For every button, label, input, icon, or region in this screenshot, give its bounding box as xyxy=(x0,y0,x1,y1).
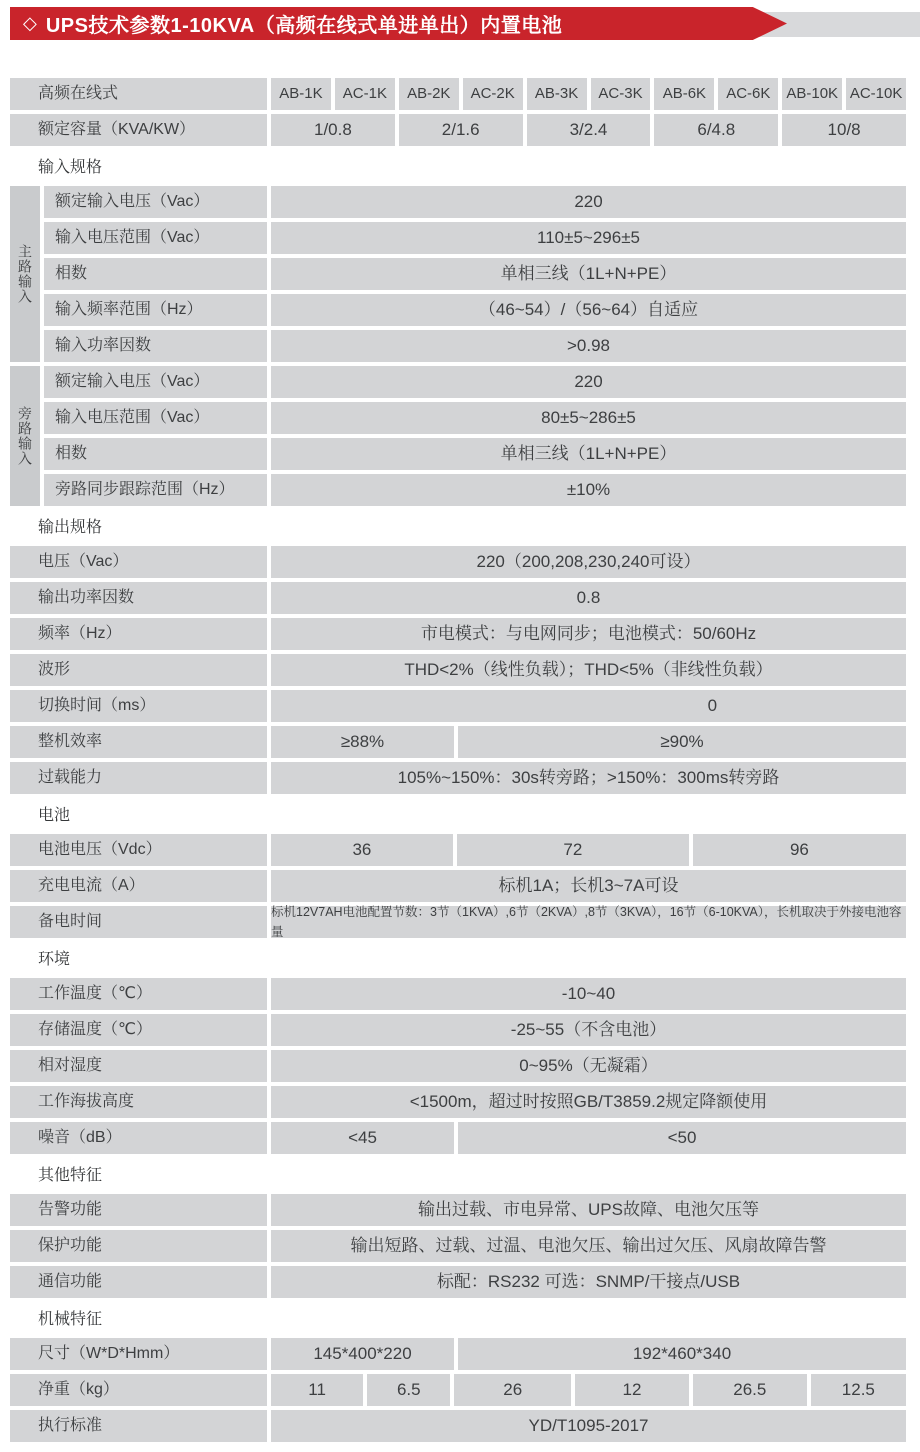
row-value: -25~55（不含电池） xyxy=(271,1014,906,1046)
row-label: 波形 xyxy=(10,654,267,686)
row-value: 220（200,208,230,240可设） xyxy=(271,546,906,578)
row-value: 输出过载、市电异常、UPS故障、电池欠压等 xyxy=(271,1194,906,1226)
row-value: <50 xyxy=(458,1122,906,1154)
row-label: 工作海拔高度 xyxy=(10,1086,267,1118)
spec-row: 工作温度（℃） -10~40 xyxy=(10,978,906,1010)
row-value: 36 xyxy=(271,834,453,866)
spec-row: 告警功能 输出过载、市电异常、UPS故障、电池欠压等 xyxy=(10,1194,906,1226)
spec-row: 切换时间（ms） 0 xyxy=(10,690,906,722)
model-name: AC-10K xyxy=(846,78,906,110)
row-value: 0~95%（无凝霜） xyxy=(271,1050,906,1082)
row-value: 145*400*220 xyxy=(271,1338,454,1370)
model-name: AC-1K xyxy=(335,78,395,110)
row-value: 12 xyxy=(575,1374,689,1406)
spec-row: 充电电流（A） 标机1A；长机3~7A可设 xyxy=(10,870,906,902)
capacity-value: 10/8 xyxy=(782,114,906,146)
mechanical-table: 尺寸（W*D*Hmm） 145*400*220 192*460*340 净重（k… xyxy=(10,1338,906,1442)
section-title-mechanical: 机械特征 xyxy=(38,1311,920,1329)
bypass-input-band: 旁路输入 xyxy=(10,366,40,506)
row-value: 市电模式：与电网同步；电池模式：50/60Hz xyxy=(271,618,906,650)
output-spec-table: 电压（Vac） 220（200,208,230,240可设） 输出功率因数 0.… xyxy=(10,546,906,794)
section-title-input: 输入规格 xyxy=(38,159,920,177)
row-value: >0.98 xyxy=(271,330,906,362)
row-label: 额定输入电压（Vac） xyxy=(44,186,267,218)
spec-row: 存储温度（℃） -25~55（不含电池） xyxy=(10,1014,906,1046)
section-title-output: 输出规格 xyxy=(38,519,920,537)
section-title-other-features: 其他特征 xyxy=(38,1167,920,1185)
spec-row: 相数 单相三线（1L+N+PE） xyxy=(44,258,906,290)
row-value: 80±5~286±5 xyxy=(271,402,906,434)
spec-row: 额定输入电压（Vac） 220 xyxy=(44,186,906,218)
row-label: 执行标准 xyxy=(10,1410,267,1442)
row-value: 110±5~296±5 xyxy=(271,222,906,254)
row-value: ±10% xyxy=(271,474,906,506)
row-label: 相数 xyxy=(44,258,267,290)
row-label: 输入电压范围（Vac） xyxy=(44,222,267,254)
row-label: 输出功率因数 xyxy=(10,582,267,614)
capacity-value: 6/4.8 xyxy=(654,114,778,146)
row-value: 105%~150%：30s转旁路；>150%：300ms转旁路 xyxy=(271,762,906,794)
input-spec-table: 主路输入 额定输入电压（Vac） 220 输入电压范围（Vac） 110±5~2… xyxy=(10,186,906,506)
row-value: 26.5 xyxy=(693,1374,807,1406)
section-title-battery: 电池 xyxy=(38,807,920,825)
spec-row: 备电时间 标机12V7AH电池配置节数：3节（1KVA）,6节（2KVA）,8节… xyxy=(10,906,906,938)
model-name: AC-3K xyxy=(591,78,651,110)
row-label: 切换时间（ms） xyxy=(10,690,267,722)
main-input-group: 主路输入 额定输入电压（Vac） 220 输入电压范围（Vac） 110±5~2… xyxy=(10,186,906,362)
other-features-table: 告警功能 输出过载、市电异常、UPS故障、电池欠压等 保护功能 输出短路、过载、… xyxy=(10,1194,906,1298)
row-label: 过载能力 xyxy=(10,762,267,794)
spec-row: 输入功率因数 >0.98 xyxy=(44,330,906,362)
spec-row: 旁路同步跟踪范围（Hz） ±10% xyxy=(44,474,906,506)
row-label: 输入功率因数 xyxy=(44,330,267,362)
diamond-icon: ◇ xyxy=(23,13,37,34)
row-value: 26 xyxy=(454,1374,571,1406)
spec-row: 净重（kg） 11 6.5 26 12 26.5 12.5 xyxy=(10,1374,906,1406)
model-name: AB-3K xyxy=(527,78,587,110)
row-value: ≥88% xyxy=(271,726,454,758)
section-title-environment: 环境 xyxy=(38,951,920,969)
row-value: 96 xyxy=(693,834,906,866)
spec-row: 额定输入电压（Vac） 220 xyxy=(44,366,906,398)
row-label: 整机效率 xyxy=(10,726,267,758)
spec-row: 尺寸（W*D*Hmm） 145*400*220 192*460*340 xyxy=(10,1338,906,1370)
spec-row: 电压（Vac） 220（200,208,230,240可设） xyxy=(10,546,906,578)
spec-row: 过载能力 105%~150%：30s转旁路；>150%：300ms转旁路 xyxy=(10,762,906,794)
row-value: 单相三线（1L+N+PE） xyxy=(271,258,906,290)
spec-row: 相对湿度 0~95%（无凝霜） xyxy=(10,1050,906,1082)
row-value: 标机12V7AH电池配置节数：3节（1KVA）,6节（2KVA）,8节（3KVA… xyxy=(271,906,906,938)
spec-row: 相数 单相三线（1L+N+PE） xyxy=(44,438,906,470)
row-value: 0 xyxy=(271,690,906,722)
row-label: 频率（Hz） xyxy=(10,618,267,650)
row-value: 单相三线（1L+N+PE） xyxy=(271,438,906,470)
row-label: 噪音（dB） xyxy=(10,1122,267,1154)
row-label: 相对湿度 xyxy=(10,1050,267,1082)
row-label: 输入频率范围（Hz） xyxy=(44,294,267,326)
row-label: 输入电压范围（Vac） xyxy=(44,402,267,434)
row-value: THD<2%（线性负载）；THD<5%（非线性负载） xyxy=(271,654,906,686)
ups-spec-sheet: ◇ UPS技术参数1-10KVA（高频在线式单进单出）内置电池 高频在线式 AB… xyxy=(0,0,920,1452)
row-label: 备电时间 xyxy=(10,906,267,938)
row-label: 尺寸（W*D*Hmm） xyxy=(10,1338,267,1370)
row-value: 输出短路、过载、过温、电池欠压、输出过欠压、风扇故障告警 xyxy=(271,1230,906,1262)
row-label: 相数 xyxy=(44,438,267,470)
row-value: ≥90% xyxy=(458,726,906,758)
spec-row: 噪音（dB） <45 <50 xyxy=(10,1122,906,1154)
row-label: 电压（Vac） xyxy=(10,546,267,578)
row-value: 220 xyxy=(271,366,906,398)
row-value: 标机1A；长机3~7A可设 xyxy=(271,870,906,902)
page-title: UPS技术参数1-10KVA（高频在线式单进单出）内置电池 xyxy=(46,9,562,38)
spec-row: 电池电压（Vdc） 36 72 96 xyxy=(10,834,906,866)
spec-row: 输出功率因数 0.8 xyxy=(10,582,906,614)
page-title-banner: ◇ UPS技术参数1-10KVA（高频在线式单进单出）内置电池 xyxy=(10,7,787,40)
row-value: 11 xyxy=(271,1374,363,1406)
spec-row: 频率（Hz） 市电模式：与电网同步；电池模式：50/60Hz xyxy=(10,618,906,650)
spec-row: 整机效率 ≥88% ≥90% xyxy=(10,726,906,758)
spec-row: 输入频率范围（Hz） （46~54）/（56~64）自适应 xyxy=(44,294,906,326)
battery-table: 电池电压（Vdc） 36 72 96 充电电流（A） 标机1A；长机3~7A可设… xyxy=(10,834,906,938)
capacity-row: 额定容量（KVA/KW） 1/0.8 2/1.6 3/2.4 6/4.8 10/… xyxy=(10,114,906,146)
model-header-table: 高频在线式 AB-1K AC-1K AB-2K AC-2K AB-3K AC-3… xyxy=(10,78,906,146)
model-row: 高频在线式 AB-1K AC-1K AB-2K AC-2K AB-3K AC-3… xyxy=(10,78,906,110)
row-value: 0.8 xyxy=(271,582,906,614)
group-label: 旁路输入 xyxy=(15,406,35,466)
capacity-row-label: 额定容量（KVA/KW） xyxy=(10,114,267,146)
row-label: 净重（kg） xyxy=(10,1374,267,1406)
capacity-value: 3/2.4 xyxy=(527,114,651,146)
row-value: 12.5 xyxy=(811,1374,906,1406)
spec-row: 输入电压范围（Vac） 80±5~286±5 xyxy=(44,402,906,434)
environment-table: 工作温度（℃） -10~40 存储温度（℃） -25~55（不含电池） 相对湿度… xyxy=(10,978,906,1154)
model-name: AB-2K xyxy=(399,78,459,110)
bypass-input-group: 旁路输入 额定输入电压（Vac） 220 输入电压范围（Vac） 80±5~28… xyxy=(10,366,906,506)
row-label: 通信功能 xyxy=(10,1266,267,1298)
row-value: 220 xyxy=(271,186,906,218)
row-label: 额定输入电压（Vac） xyxy=(44,366,267,398)
model-name: AC-2K xyxy=(463,78,523,110)
row-label: 电池电压（Vdc） xyxy=(10,834,267,866)
model-row-label: 高频在线式 xyxy=(10,78,267,110)
capacity-value: 1/0.8 xyxy=(271,114,395,146)
row-label: 旁路同步跟踪范围（Hz） xyxy=(44,474,267,506)
model-name: AC-6K xyxy=(718,78,778,110)
row-label: 充电电流（A） xyxy=(10,870,267,902)
row-value: -10~40 xyxy=(271,978,906,1010)
row-value: （46~54）/（56~64）自适应 xyxy=(271,294,906,326)
row-label: 工作温度（℃） xyxy=(10,978,267,1010)
row-value: 72 xyxy=(457,834,689,866)
spec-row: 工作海拔高度 <1500m，超过时按照GB/T3859.2规定降额使用 xyxy=(10,1086,906,1118)
row-label: 保护功能 xyxy=(10,1230,267,1262)
row-label: 告警功能 xyxy=(10,1194,267,1226)
row-label: 存储温度（℃） xyxy=(10,1014,267,1046)
model-name: AB-10K xyxy=(782,78,842,110)
row-value: <1500m，超过时按照GB/T3859.2规定降额使用 xyxy=(271,1086,906,1118)
main-input-band: 主路输入 xyxy=(10,186,40,362)
row-value: 标配：RS232 可选：SNMP/干接点/USB xyxy=(271,1266,906,1298)
model-name: AB-6K xyxy=(654,78,714,110)
spec-row: 输入电压范围（Vac） 110±5~296±5 xyxy=(44,222,906,254)
group-label: 主路输入 xyxy=(15,244,35,304)
row-value: YD/T1095-2017 xyxy=(271,1410,906,1442)
row-value: <45 xyxy=(271,1122,454,1154)
row-value: 6.5 xyxy=(367,1374,450,1406)
spec-row: 保护功能 输出短路、过载、过温、电池欠压、输出过欠压、风扇故障告警 xyxy=(10,1230,906,1262)
row-value: 192*460*340 xyxy=(458,1338,906,1370)
model-name: AB-1K xyxy=(271,78,331,110)
spec-row: 波形 THD<2%（线性负载）；THD<5%（非线性负载） xyxy=(10,654,906,686)
spec-row: 执行标准 YD/T1095-2017 xyxy=(10,1410,906,1442)
spec-row: 通信功能 标配：RS232 可选：SNMP/干接点/USB xyxy=(10,1266,906,1298)
capacity-value: 2/1.6 xyxy=(399,114,523,146)
